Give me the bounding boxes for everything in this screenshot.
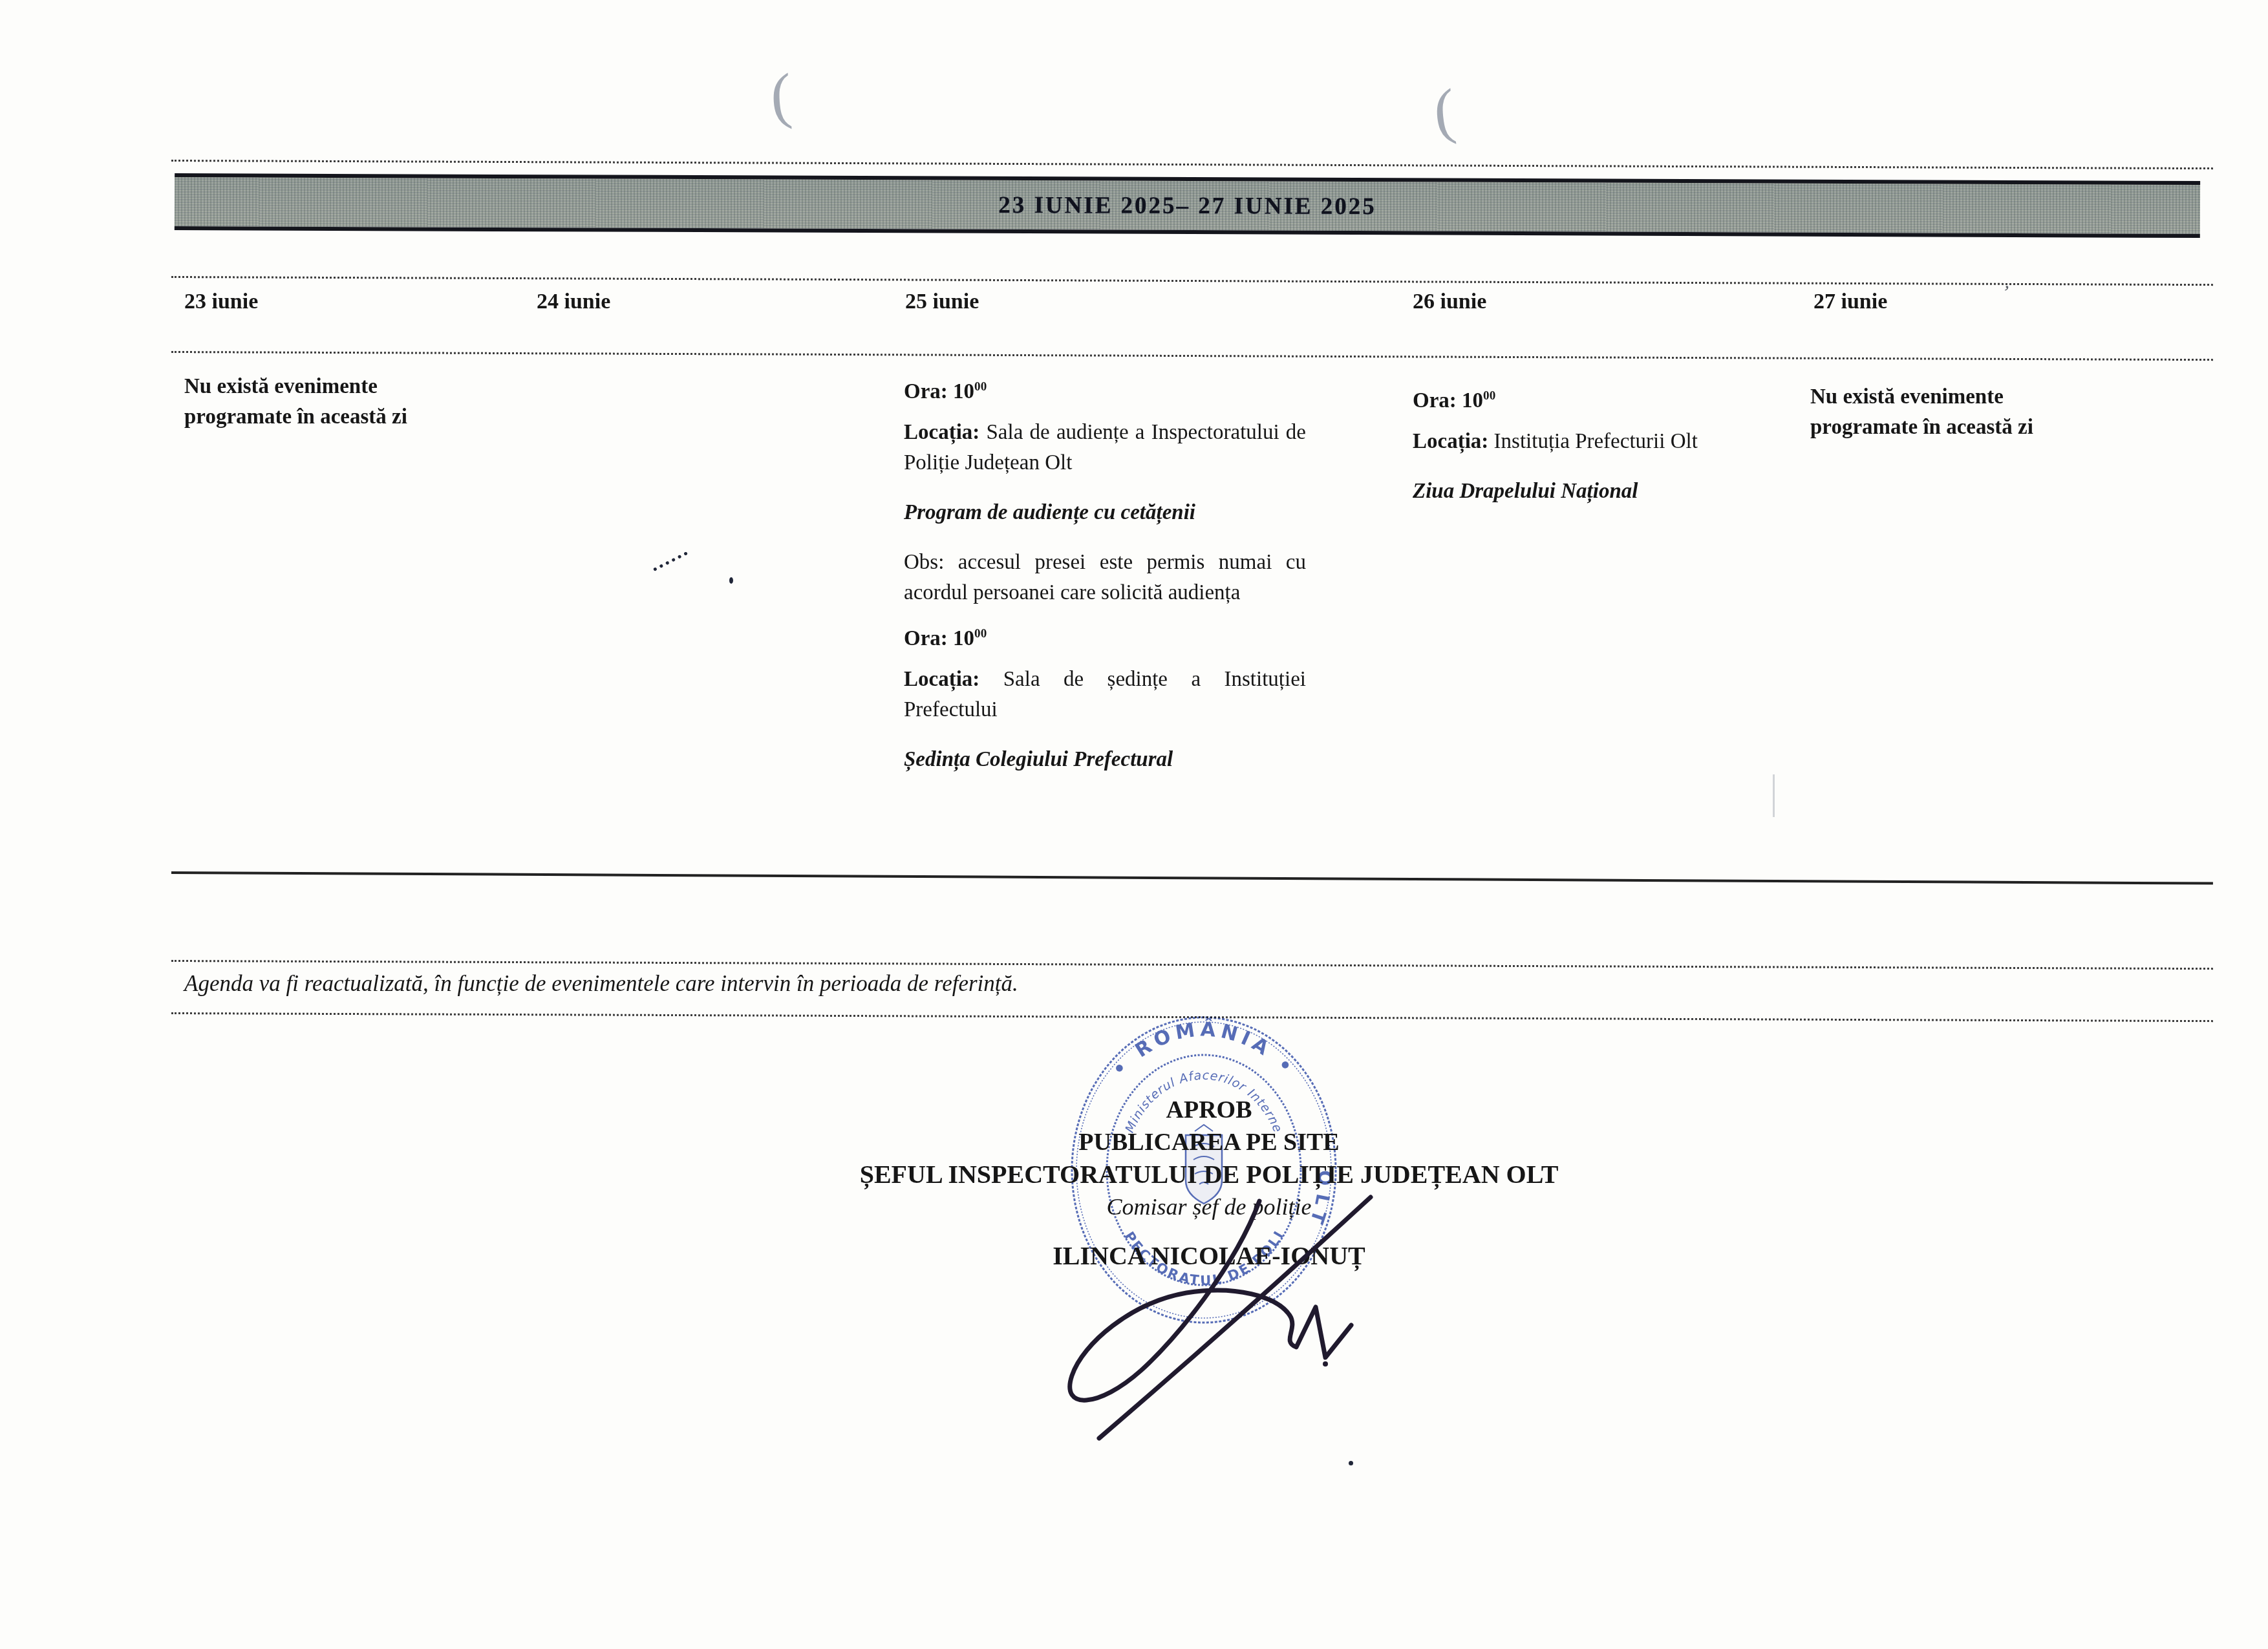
scan-fold-mark-right: (: [1430, 74, 1458, 148]
scan-artifact-dot: [729, 577, 733, 584]
scan-artifact-vline: [1773, 774, 1775, 817]
event-event-title: Ședința Colegiului Prefectural: [904, 745, 1306, 775]
footer-note: Agenda va fi reactualizată, în funcție d…: [184, 971, 1018, 997]
period-banner-title: 23 IUNIE 2025– 27 IUNIE 2025: [998, 191, 1376, 220]
approval-publicarea: PUBLICAREA PE SITE: [756, 1126, 1662, 1158]
day-column-25-iunie: Ora: 1000Locația: Sala de audiențe a Ins…: [904, 372, 1306, 794]
rule-below-banner: [171, 276, 2213, 286]
rule-footer-top: [171, 960, 2213, 970]
day-header-27-iunie: 27 iunie: [1813, 290, 1887, 314]
period-banner: 23 IUNIE 2025– 27 IUNIE 2025: [175, 173, 2200, 238]
event-location: Locația: Sala de ședințe a Instituției P…: [904, 665, 1306, 725]
event-time: Ora: 1000: [1413, 381, 1775, 416]
event-time: Ora: 1000: [904, 372, 1306, 407]
scan-artifact-dash: [653, 551, 688, 571]
day-header-23-iunie: 23 iunie: [184, 290, 258, 314]
event-no-events: Nu există evenimente programate în aceas…: [1810, 382, 2095, 443]
day-header-24-iunie: 24 iunie: [537, 290, 610, 314]
day-column-26-iunie: Ora: 1000Locația: Instituția Prefecturii…: [1413, 372, 1775, 526]
event-time: Ora: 1000: [904, 619, 1306, 654]
day-header-26-iunie: 26 iunie: [1413, 290, 1486, 314]
approval-aprob: APROB: [756, 1094, 1662, 1126]
day-column-27-iunie: Nu există evenimente programate în aceas…: [1810, 372, 2095, 453]
day-column-23-iunie: Nu există evenimente programate în aceas…: [184, 372, 469, 443]
rule-top: [171, 160, 2213, 169]
scan-fold-mark-left: (: [768, 59, 794, 132]
event-location: Locația: Sala de audiențe a Inspectoratu…: [904, 418, 1306, 478]
event-event-title: Ziua Drapelului Național: [1413, 476, 1775, 507]
event-no-events: Nu există evenimente programate în aceas…: [184, 372, 469, 432]
rule-below-day-headers: [171, 351, 2213, 361]
event-note: Obs: accesul presei este permis numai cu…: [904, 548, 1306, 608]
event-event-title: Program de audiențe cu cetățenii: [904, 498, 1306, 528]
rule-table-bottom: [171, 871, 2213, 885]
scanned-agenda-page: ( ( ’ 23 IUNIE 2025– 27 IUNIE 2025 23 iu…: [0, 0, 2268, 1649]
day-header-25-iunie: 25 iunie: [905, 290, 979, 314]
event-location: Locația: Instituția Prefecturii Olt: [1413, 427, 1775, 457]
handwritten-signature: [1022, 1170, 1409, 1467]
